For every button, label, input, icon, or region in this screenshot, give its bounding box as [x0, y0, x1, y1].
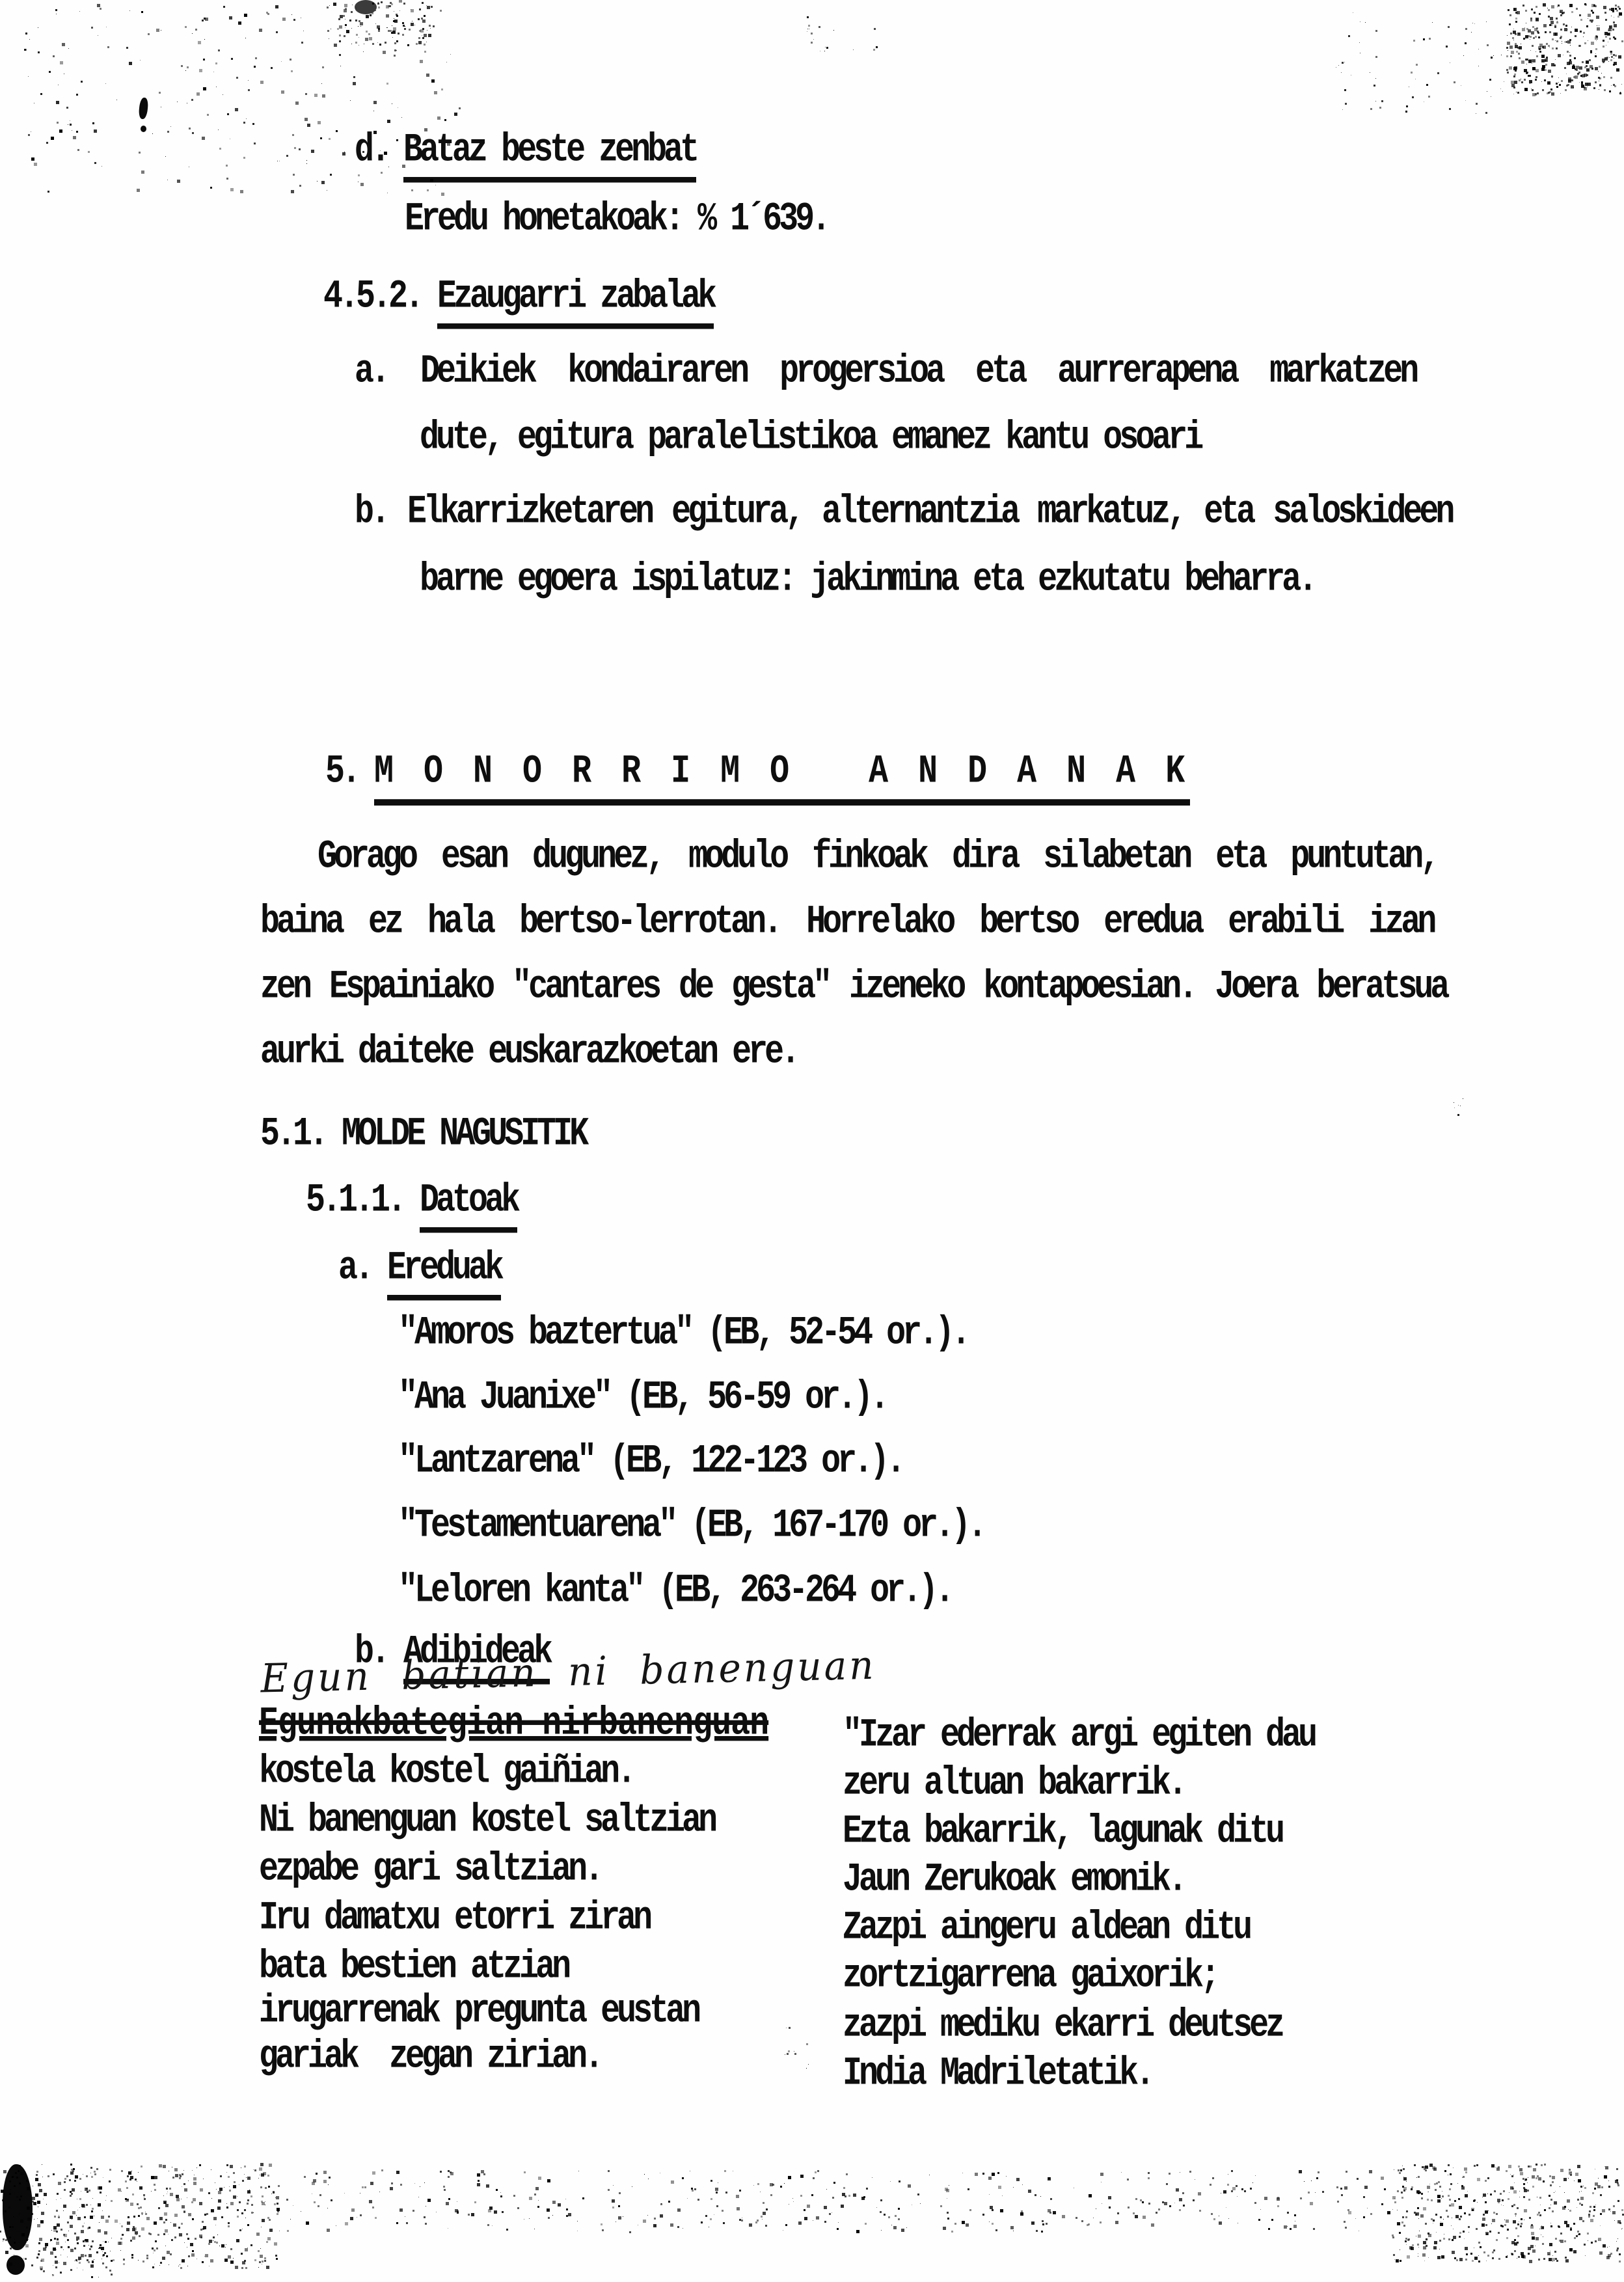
section-51-heading: MOLDE NAGUSITIK [342, 1111, 586, 1157]
right-verse-line: zeru altuan bakarrik. [843, 1763, 1184, 1805]
ereduak-heading-line: a. Ereduak [338, 1248, 501, 1290]
ink-mark-exclamation [138, 97, 148, 119]
item-a-marker: a. [355, 349, 387, 394]
right-verse-line: zazpi mediku ekarri deutsez [843, 2005, 1282, 2047]
right-verse-line: India Madriletatik. [843, 2054, 1152, 2095]
scan-top-smudge [355, 0, 377, 14]
section-511-number: 5.1.1. [306, 1178, 403, 1223]
section-511-heading: Datoak [420, 1178, 517, 1232]
section-d-marker: d. [355, 128, 387, 173]
item-b-text-1: Elkarrizketaren egitura, alternantzia ma… [407, 489, 1452, 535]
left-verse-line: Ni banenguan kostel saltzian [259, 1800, 714, 1842]
section-d-heading-line: d. Bataz beste zenbat [355, 130, 696, 172]
scan-noise [1392, 2164, 1393, 2164]
item-a-line-1: a. Deikiek kondairaren progersioa eta au… [355, 351, 1416, 393]
right-verse-line: zortzigarrena gaixorik; [843, 1956, 1217, 1998]
scan-noise [778, 2027, 778, 2028]
struck-verse-line: Egunakbategian nirbanenguan [259, 1704, 768, 1745]
left-verse-line: gariak zegan zirian. [259, 2037, 601, 2078]
section-d-heading: Bataz beste zenbat [403, 128, 696, 182]
left-verse-line: irugarrenak pregunta eustan [259, 1991, 698, 2033]
work-item: "Ana Juanixe" (EB, 56-59 or.). [398, 1378, 886, 1419]
item-b-line-1: b. Elkarrizketaren egitura, alternantzia… [355, 492, 1452, 534]
paragraph-line-3: zen Espainiako "cantares de gesta" izene… [260, 967, 1446, 1009]
right-verse-line: Zazpi aingeru aldean ditu [843, 1908, 1249, 1949]
work-item: "Leloren kanta" (EB, 263-264 or.). [398, 1571, 951, 1612]
section-452-heading: Ezaugarri zabalak [437, 274, 714, 329]
paragraph-line-1: Gorago esan dugunez, modulo finkoak dira… [318, 837, 1437, 878]
work-item: "Testamentuarena" (EB, 167-170 or.). [398, 1506, 984, 1547]
scan-noise [800, 16, 801, 17]
section-51-number: 5.1. [260, 1111, 325, 1157]
scan-noise [20, 5, 20, 6]
scan-noise [1451, 1097, 1452, 1098]
item-b-marker: b. [355, 489, 387, 535]
left-verse-line: Iru damatxu etorri ziran [259, 1898, 649, 1940]
scan-edge-blob-small [7, 2255, 25, 2275]
ereduak-marker: a. [338, 1245, 371, 1291]
scan-noise [280, 2170, 280, 2171]
scan-edge-blob [3, 2164, 33, 2250]
left-verse-line: kostela kostel gaiñian. [259, 1752, 633, 1793]
paragraph-line-4: aurki daiteke euskarazkoetan ere. [260, 1032, 797, 1074]
section-452-heading-line: 4.5.2. Ezaugarri zabalak [323, 277, 714, 318]
item-a-text-1: Deikiek kondairaren progersioa eta aurre… [420, 349, 1416, 394]
scan-noise [325, 0, 326, 1]
section-5-marker: 5. [325, 749, 358, 795]
section-5-heading: M O N O R R I M O A N D A N A K [374, 749, 1190, 806]
right-verse-line: Jaun Zerukoak emonik. [843, 1860, 1184, 1901]
work-item: "Lantzarena" (EB, 122-123 or.). [398, 1441, 902, 1483]
scan-noise [0, 2164, 1, 2164]
section-d-body-line: Eredu honetakoak: % 1´639. [405, 199, 828, 241]
paragraph-line-2: baina ez hala bertso-lerrotan. Horrelako… [260, 902, 1433, 944]
handwritten-annotation: Egun batian ni banenguan [260, 1644, 876, 1700]
section-511-heading-line: 5.1.1. Datoak [306, 1180, 517, 1222]
scan-noise [36, 2238, 36, 2239]
scan-noise [1506, 3, 1507, 4]
left-verse-line: bata bestien atzian [259, 1947, 568, 1989]
page: d. Bataz beste zenbat Eredu honetakoak: … [0, 0, 1624, 2282]
left-verse-line: ezpabe gari saltzian. [259, 1849, 601, 1891]
scan-noise [1327, 10, 1328, 10]
work-item: "Amoros baztertua" (EB, 52-54 or.). [398, 1313, 968, 1355]
section-51-heading-line: 5.1. MOLDE NAGUSITIK [260, 1114, 586, 1156]
section-452-number: 4.5.2. [323, 274, 421, 319]
section-5-heading-line: 5. M O N O R R I M O A N D A N A K [325, 752, 1190, 793]
item-b-line-2: barne egoera ispilatuz: jakinmina eta ez… [420, 560, 1314, 601]
ereduak-heading: Ereduak [387, 1245, 501, 1300]
right-verse-line: Ezta bakarrik, lagunak ditu [843, 1812, 1282, 1853]
right-verse-line: "Izar ederrak argi egiten dau [843, 1715, 1314, 1757]
ink-mark-dot [141, 126, 146, 132]
item-a-line-2: dute, egitura paralelistikoa emanez kant… [420, 418, 1200, 459]
